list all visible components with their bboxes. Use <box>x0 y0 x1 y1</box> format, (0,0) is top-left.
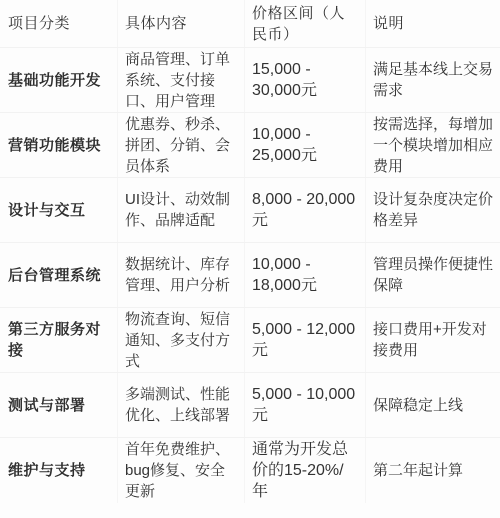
price-cell: 5,000 - 10,000元 <box>245 373 366 437</box>
note-cell: 保障稳定上线 <box>366 373 500 437</box>
price-cell: 10,000 - 25,000元 <box>245 113 366 177</box>
note-cell: 第二年起计算 <box>366 438 500 503</box>
content-cell: 数据统计、库存管理、用户分析 <box>118 243 245 307</box>
table-row: 第三方服务对接 物流查询、短信通知、多支付方式 5,000 - 12,000元 … <box>0 308 500 373</box>
table-row: 测试与部署 多端测试、性能优化、上线部署 5,000 - 10,000元 保障稳… <box>0 373 500 438</box>
content-cell: 商品管理、订单系统、支付接口、用户管理 <box>118 48 245 112</box>
price-cell: 8,000 - 20,000元 <box>245 178 366 242</box>
column-header-price: 价格区间（人民币） <box>245 0 366 47</box>
table-row: 基础功能开发 商品管理、订单系统、支付接口、用户管理 15,000 - 30,0… <box>0 48 500 113</box>
content-cell: 首年免费维护、bug修复、安全更新 <box>118 438 245 503</box>
category-cell: 维护与支持 <box>0 438 118 503</box>
table-row: 维护与支持 首年免费维护、bug修复、安全更新 通常为开发总价的15-20%/年… <box>0 438 500 503</box>
category-cell: 设计与交互 <box>0 178 118 242</box>
price-cell: 15,000 - 30,000元 <box>245 48 366 112</box>
table-row: 营销功能模块 优惠券、秒杀、拼团、分销、会员体系 10,000 - 25,000… <box>0 113 500 178</box>
category-cell: 测试与部署 <box>0 373 118 437</box>
table-row: 后台管理系统 数据统计、库存管理、用户分析 10,000 - 18,000元 管… <box>0 243 500 308</box>
content-cell: 多端测试、性能优化、上线部署 <box>118 373 245 437</box>
pricing-table: 项目分类 具体内容 价格区间（人民币） 说明 基础功能开发 商品管理、订单系统、… <box>0 0 500 518</box>
category-cell: 后台管理系统 <box>0 243 118 307</box>
column-header-note: 说明 <box>366 0 500 47</box>
content-cell: 优惠券、秒杀、拼团、分销、会员体系 <box>118 113 245 177</box>
content-cell: 物流查询、短信通知、多支付方式 <box>118 308 245 372</box>
price-cell: 通常为开发总价的15-20%/年 <box>245 438 366 503</box>
note-cell: 接口费用+开发对接费用 <box>366 308 500 372</box>
category-cell: 营销功能模块 <box>0 113 118 177</box>
category-cell: 基础功能开发 <box>0 48 118 112</box>
price-cell: 5,000 - 12,000元 <box>245 308 366 372</box>
column-header-category: 项目分类 <box>0 0 118 47</box>
note-cell: 设计复杂度决定价格差异 <box>366 178 500 242</box>
table-row: 设计与交互 UI设计、动效制作、品牌适配 8,000 - 20,000元 设计复… <box>0 178 500 243</box>
note-cell: 满足基本线上交易需求 <box>366 48 500 112</box>
content-cell: UI设计、动效制作、品牌适配 <box>118 178 245 242</box>
note-cell: 管理员操作便捷性保障 <box>366 243 500 307</box>
column-header-content: 具体内容 <box>118 0 245 47</box>
category-cell: 第三方服务对接 <box>0 308 118 372</box>
price-cell: 10,000 - 18,000元 <box>245 243 366 307</box>
note-cell: 按需选择，每增加一个模块增加相应费用 <box>366 113 500 177</box>
table-header-row: 项目分类 具体内容 价格区间（人民币） 说明 <box>0 0 500 48</box>
